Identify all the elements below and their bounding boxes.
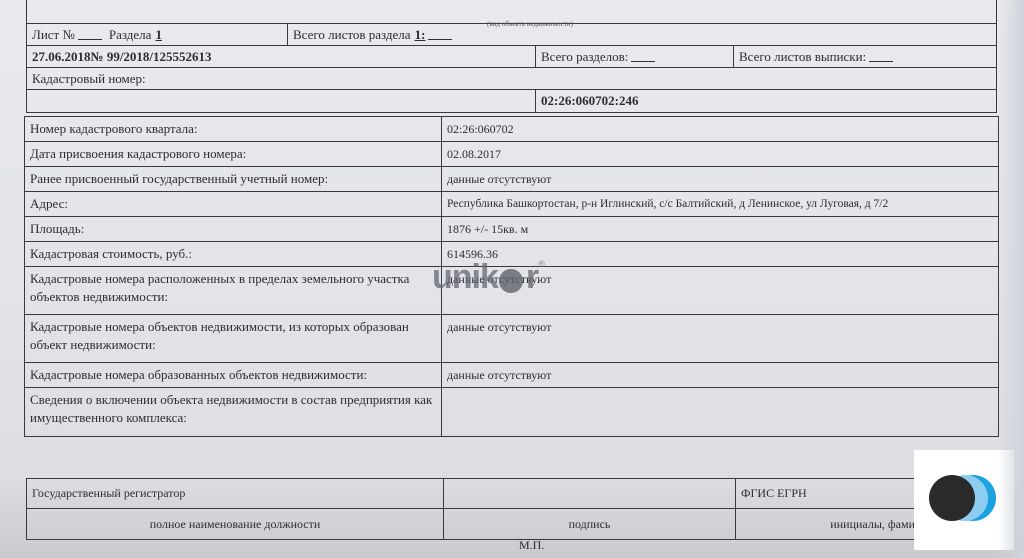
total-extract-sheets-label: Всего листов выписки: [739,49,866,65]
total-extract-sheets-cell: Всего листов выписки: [733,46,901,67]
table-row: Ранее присвоенный государственный учетны… [25,167,998,192]
total-sections-cell: Всего разделов: [535,46,733,67]
signature-row: Государственный регистратор ФГИС ЕГРН [27,479,926,509]
row-value: 1876 +/- 15кв. м [442,217,998,241]
row-value: данные отсутствуют [442,315,998,362]
watermark-text-end: r [526,258,538,297]
extract-sheets-blank [869,52,893,62]
registrar-title: Государственный регистратор [27,479,444,508]
sheet-label: Лист № [32,27,75,43]
section-number: 1 [155,27,162,43]
extract-date-number: 27.06.2018№ 99/2018/125552613 [27,46,535,67]
sheet-number-cell: Лист № Раздела 1 [27,24,287,45]
row-label: Кадастровые номера объектов недвижимости… [25,315,442,362]
system-name: ФГИС ЕГРН [736,479,926,508]
cadastral-value-row: 02:26:060702:246 [27,90,996,112]
document-photo: (вид объекта недвижимости) Лист № Раздел… [0,0,1024,558]
unikoor-logo-badge [914,450,1014,550]
row-label: Номер кадастрового квартала: [25,117,442,141]
watermark-circle-icon [499,269,523,293]
table-row: Сведения о включении объекта недвижимост… [25,388,998,436]
caption-row: полное наименование должности подпись ин… [27,509,926,539]
signature-caption: подпись [444,509,736,539]
signature-field [444,479,736,508]
table-row: Кадастровые номера объектов недвижимости… [25,315,998,363]
section-sheets-blank [428,30,452,40]
registered-mark: ® [538,259,544,269]
cadastral-number-label: Кадастровый номер: [27,68,151,89]
row-label: Кадастровые номера образованных объектов… [25,363,442,387]
table-row: Площадь: 1876 +/- 15кв. м [25,217,998,242]
row-value: 02.08.2017 [442,142,998,166]
stamp-place: М.П. [519,538,544,553]
name-caption: инициалы, фамил [736,509,926,539]
row-label: Кадастровые номера расположенных в преде… [25,267,442,314]
row-label: Ранее присвоенный государственный учетны… [25,167,442,191]
row-value: данные отсутствуют [442,167,998,191]
row-label: Адрес: [25,192,442,216]
total-section-sheets-label: Всего листов раздела [293,27,411,43]
row-label: Дата присвоения кадастрового номера: [25,142,442,166]
watermark-text: unik [432,258,498,297]
cadastral-number-value: 02:26:060702:246 [535,90,644,112]
position-caption: полное наименование должности [27,509,444,539]
cadastral-label-row: Кадастровый номер: [27,68,996,90]
unikoor-watermark: unik r ® [432,258,544,297]
object-type-row: (вид объекта недвижимости) [27,0,996,24]
total-section-sheets-value: 1: [415,27,426,43]
row-label: Площадь: [25,217,442,241]
table-row: Кадастровые номера образованных объектов… [25,363,998,388]
row-label: Кадастровая стоимость, руб.: [25,242,442,266]
row-value: Республика Башкортостан, р-н Иглинский, … [442,192,998,216]
table-row: Дата присвоения кадастрового номера: 02.… [25,142,998,167]
row-label: Сведения о включении объекта недвижимост… [25,388,442,436]
table-row: Адрес: Республика Башкортостан, р-н Игли… [25,192,998,217]
logo-dark-circle-icon [929,475,975,521]
row-value [442,388,998,436]
total-sections-label: Всего разделов: [541,49,628,65]
object-type-caption: (вид объекта недвижимости) [487,20,573,28]
row-value: 02:26:060702 [442,117,998,141]
extract-header: (вид объекта недвижимости) Лист № Раздел… [26,0,997,113]
table-row: Номер кадастрового квартала: 02:26:06070… [25,117,998,142]
sheet-blank [78,30,102,40]
cadastral-spacer [27,90,535,112]
signature-table: Государственный регистратор ФГИС ЕГРН по… [26,478,926,540]
section-sheets-cell: Всего листов раздела 1: [287,24,460,45]
row-value: данные отсутствуют [442,363,998,387]
date-row: 27.06.2018№ 99/2018/125552613 Всего разд… [27,46,996,68]
total-sections-blank [631,52,655,62]
section-label: Раздела [109,27,152,43]
